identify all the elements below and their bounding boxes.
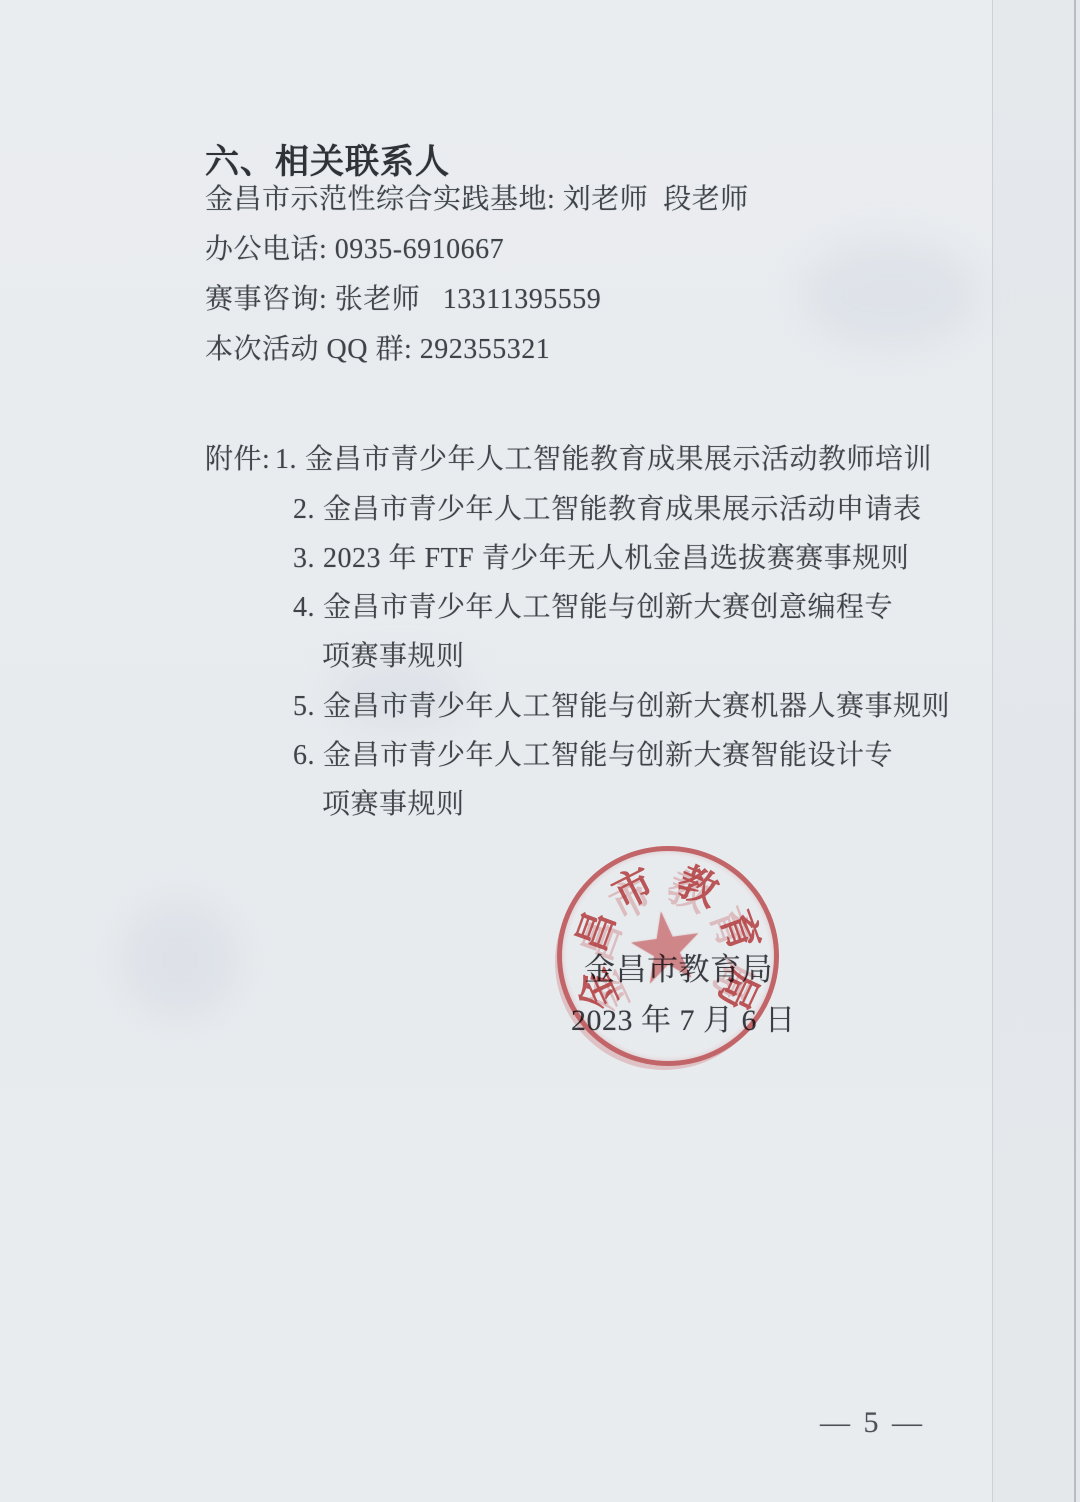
scan-artifact (120, 900, 240, 1020)
attachment-number: 5. (293, 689, 315, 724)
attachments-label: 附件: (205, 442, 275, 477)
page-number: — 5 — (820, 1406, 925, 1440)
signature-organization: 金昌市教育局 (584, 944, 773, 989)
section-heading: 六、相关联系人 (205, 134, 450, 183)
attachment-line: 项赛事规则 (322, 639, 465, 674)
attachment-text: 金昌市青少年人工智能教育成果展示活动申请表 (323, 492, 922, 527)
attachment-text: 金昌市青少年人工智能与创新大赛智能设计专 (323, 738, 893, 773)
attachment-number: 6. (293, 738, 315, 773)
attachment-text: 项赛事规则 (322, 787, 465, 822)
scan-artifact (800, 240, 980, 350)
contact-line: 办公电话: 0935-6910667 (205, 232, 504, 267)
attachment-text: 2023 年 FTF 青少年无人机金昌选拔赛赛事规则 (323, 541, 909, 576)
attachment-line: 6. 金昌市青少年人工智能与创新大赛智能设计专 (293, 738, 893, 773)
attachment-text: 金昌市青少年人工智能与创新大赛创意编程专 (323, 590, 893, 625)
attachment-line: 5. 金昌市青少年人工智能与创新大赛机器人赛事规则 (293, 689, 950, 724)
attachment-number: 3. (293, 541, 315, 576)
attachment-line: 项赛事规则 (322, 787, 465, 822)
attachment-line: 附件: 1. 金昌市青少年人工智能教育成果展示活动教师培训 (205, 442, 932, 477)
attachment-number: 1. (275, 442, 297, 477)
contact-line: 金昌市示范性综合实践基地: 刘老师 段老师 (205, 182, 749, 217)
contact-line: 赛事咨询: 张老师 13311395559 (205, 282, 601, 317)
attachment-text: 金昌市青少年人工智能教育成果展示活动教师培训 (305, 442, 932, 477)
seal-ring-character: 市 (601, 852, 663, 921)
contact-line: 本次活动 QQ 群: 292355321 (205, 332, 550, 367)
attachment-text: 金昌市青少年人工智能与创新大赛机器人赛事规则 (323, 689, 950, 724)
scan-edge-line (1074, 0, 1076, 1502)
signature-date: 2023 年 7 月 6 日 (571, 995, 796, 1039)
attachment-number: 2. (293, 492, 315, 527)
attachment-number: 4. (293, 590, 315, 625)
attachment-line: 4. 金昌市青少年人工智能与创新大赛创意编程专 (293, 590, 893, 625)
document-page: 六、相关联系人 金昌市示范性综合实践基地: 刘老师 段老师 办公电话: 0935… (0, 0, 1080, 1502)
seal-ring-character: 教 (669, 850, 728, 918)
attachment-text: 项赛事规则 (322, 639, 465, 674)
page-edge-shadow (992, 0, 1080, 1502)
attachment-line: 3. 2023 年 FTF 青少年无人机金昌选拔赛赛事规则 (293, 541, 909, 576)
attachment-line: 2. 金昌市青少年人工智能教育成果展示活动申请表 (293, 492, 922, 527)
